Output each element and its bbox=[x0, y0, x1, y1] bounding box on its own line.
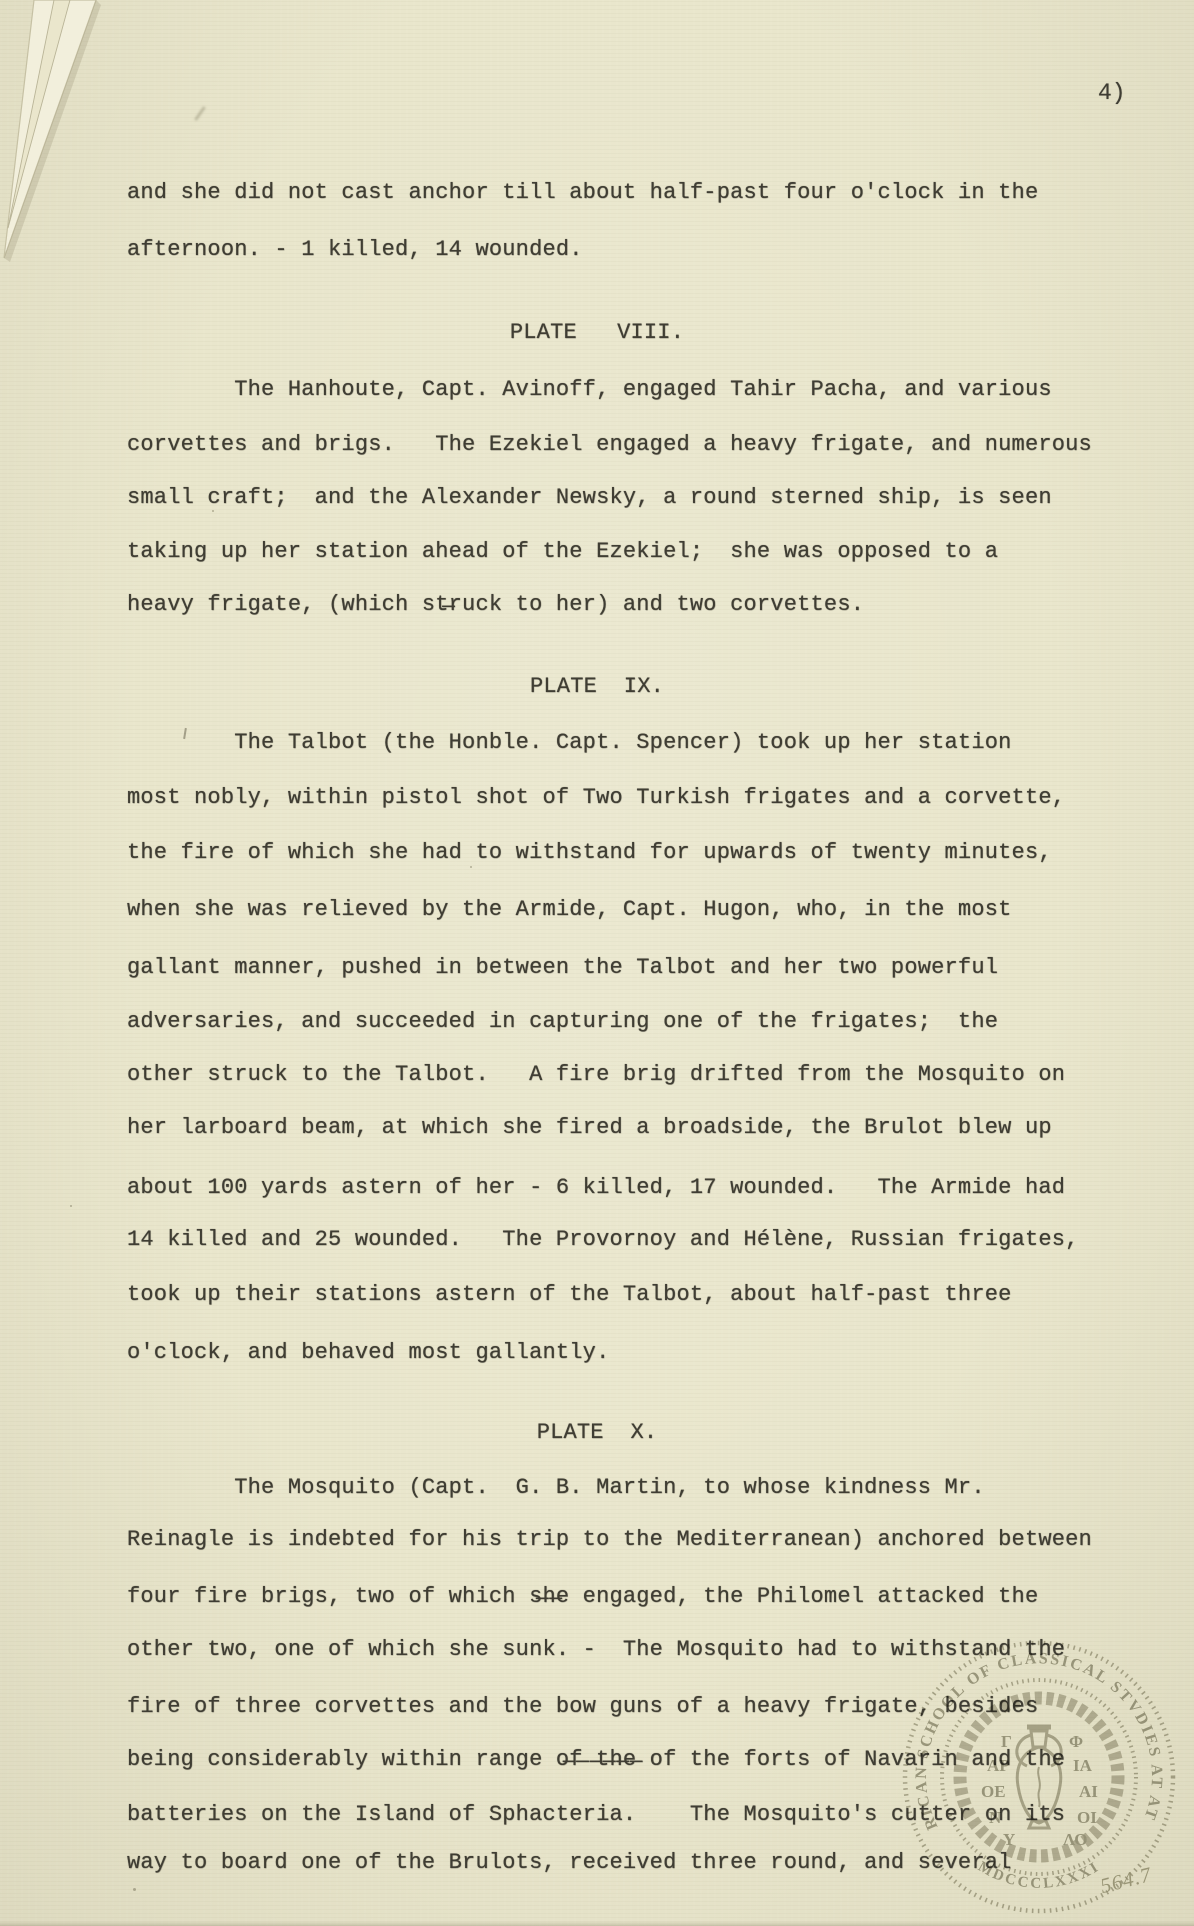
stamp-greek-letter: ΛΟ bbox=[1063, 1830, 1087, 1849]
paper-speck bbox=[70, 1205, 72, 1207]
typed-line: heavy frigate, (which st̶ruck to her) an… bbox=[127, 592, 1127, 618]
typed-line: The Mosquito (Capt. G. B. Martin, to who… bbox=[127, 1475, 1127, 1501]
typed-line: gallant manner, pushed in between the Ta… bbox=[127, 955, 1127, 981]
paper-smudge bbox=[194, 106, 206, 121]
typed-line: corvettes and brigs. The Ezekiel engaged… bbox=[127, 432, 1127, 458]
typed-line: about 100 yards astern of her - 6 killed… bbox=[127, 1175, 1127, 1201]
stamp-greek-letter: ΟΕ bbox=[981, 1782, 1006, 1801]
paper-speck bbox=[470, 866, 472, 868]
typed-line: her larboard beam, at which she fired a … bbox=[127, 1115, 1127, 1141]
typed-line: most nobly, within pistol shot of Two Tu… bbox=[127, 785, 1127, 811]
typed-line: other two, one of which she sunk. - The … bbox=[127, 1637, 1127, 1663]
typed-line: adversaries, and succeeded in capturing … bbox=[127, 1009, 1127, 1035]
typed-line: took up their stations astern of the Tal… bbox=[127, 1282, 1127, 1308]
typed-line: the fire of which she had to withstand f… bbox=[127, 840, 1127, 866]
typed-line: when she was relieved by the Armide, Cap… bbox=[127, 897, 1127, 923]
typed-line: The Talbot (the Honble. Capt. Spencer) t… bbox=[127, 730, 1127, 756]
typed-line: 14 killed and 25 wounded. The Provornoy … bbox=[127, 1227, 1127, 1253]
typed-line: small craft; and the Alexander Newsky, a… bbox=[127, 485, 1127, 511]
scan-bottom-edge bbox=[0, 1921, 1194, 1926]
stamp-wreath bbox=[960, 1698, 1118, 1856]
stamp-greek-letter: ΑΙ bbox=[1079, 1782, 1098, 1801]
typed-line: four fire brigs, two of which s̶h̶e enga… bbox=[127, 1584, 1127, 1610]
plate-heading: PLATE IX. bbox=[0, 674, 1194, 700]
typed-line: fire of three corvettes and the bow guns… bbox=[127, 1694, 1127, 1720]
typed-line: being considerably within range o̶f̶ ̶t̶… bbox=[127, 1747, 1127, 1773]
typed-line: afternoon. - 1 killed, 14 wounded. bbox=[127, 237, 1127, 263]
plate-heading: PLATE VIII. bbox=[0, 320, 1194, 346]
typed-line: o'clock, and behaved most gallantly. bbox=[127, 1340, 1127, 1366]
typescript-page: { "page": { "number": "4)" }, "document"… bbox=[0, 0, 1194, 1926]
typed-line: batteries on the Island of Sphacteria. T… bbox=[127, 1802, 1127, 1828]
stamp-greek-letter: Υ bbox=[1003, 1830, 1015, 1849]
typed-line: and she did not cast anchor till about h… bbox=[127, 180, 1127, 206]
typed-line: taking up her station ahead of the Ezeki… bbox=[127, 539, 1127, 565]
typed-line: The Hanhoute, Capt. Avinoff, engaged Tah… bbox=[127, 377, 1127, 403]
paper-speck bbox=[212, 510, 214, 512]
typed-line: other struck to the Talbot. A fire brig … bbox=[127, 1062, 1127, 1088]
page-fold bbox=[0, 0, 120, 270]
typed-line: Reinagle is indebted for his trip to the… bbox=[127, 1527, 1127, 1553]
plate-heading: PLATE X. bbox=[0, 1420, 1194, 1446]
page-number: 4) bbox=[1098, 80, 1126, 106]
paper-speck bbox=[133, 1888, 136, 1891]
typed-line: way to board one of the Brulots, receive… bbox=[127, 1850, 1127, 1876]
